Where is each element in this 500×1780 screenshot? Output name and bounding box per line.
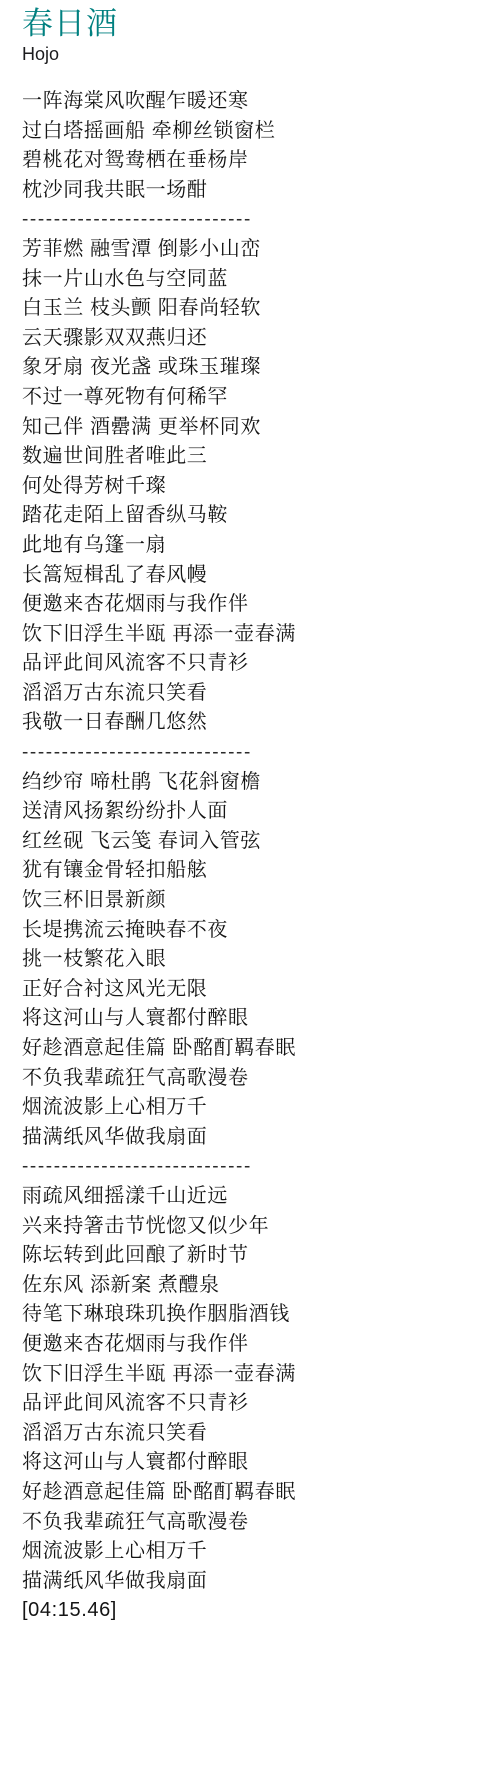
lyric-line: 待笔下琳琅珠玑换作胭脂酒钱 [22,1300,480,1330]
lyric-line: 好趁酒意起佳篇 卧酩酊羁春眠 [22,1478,480,1508]
lyric-line: 佐东风 添新案 煮醴泉 [22,1271,480,1301]
lyric-line: 挑一枝繁花入眼 [22,945,480,975]
lyric-line: 烟流波影上心相万千 [22,1093,480,1123]
lyric-line: 碧桃花对鸳鸯栖在垂杨岸 [22,146,480,176]
lyric-line: 一阵海棠风吹醒乍暖还寒 [22,87,480,117]
lyric-line: 雨疏风细摇漾千山近远 [22,1182,480,1212]
stanza-separator: ----------------------------- [22,1152,480,1182]
lyric-line: 芳菲燃 融雪潭 倒影小山峦 [22,235,480,265]
lyrics-body: 一阵海棠风吹醒乍暖还寒过白塔摇画船 牵柳丝锁窗栏碧桃花对鸳鸯栖在垂杨岸枕沙同我共… [22,87,480,1626]
lyric-line: 长篙短楫乱了春风幔 [22,561,480,591]
lyric-line: 此地有乌篷一扇 [22,531,480,561]
lyric-line: 不负我辈疏狂气高歌漫卷 [22,1508,480,1538]
lyric-line: 何处得芳树千璨 [22,472,480,502]
lyric-line: 不过一尊死物有何稀罕 [22,383,480,413]
lyric-line: 便邀来杏花烟雨与我作伴 [22,1330,480,1360]
lyric-line: 枕沙同我共眠一场酣 [22,176,480,206]
artist-name: Hojo [22,43,480,66]
lyric-line: 描满纸风华做我扇面 [22,1123,480,1153]
stanza-separator: ----------------------------- [22,205,480,235]
lyric-line: 犹有镶金骨轻扣船舷 [22,856,480,886]
lyric-line: 将这河山与人寰都付醉眼 [22,1004,480,1034]
lyric-line: 饮下旧浮生半瓯 再添一壶春满 [22,620,480,650]
lyric-line: 长堤携流云掩映春不夜 [22,916,480,946]
lyric-line: 陈坛转到此回酿了新时节 [22,1241,480,1271]
lyric-line: 象牙扇 夜光盏 或珠玉璀璨 [22,353,480,383]
lyric-line: 云天骤影双双燕归还 [22,324,480,354]
song-title: 春日酒 [22,5,480,43]
lyric-line: 正好合衬这风光无限 [22,975,480,1005]
lyric-line: 好趁酒意起佳篇 卧酩酊羁春眠 [22,1034,480,1064]
timestamp: [04:15.46] [22,1596,480,1626]
lyric-line: 饮三杯旧景新颜 [22,886,480,916]
lyric-line: 品评此间风流客不只青衫 [22,649,480,679]
lyric-line: 滔滔万古东流只笑看 [22,1419,480,1449]
lyric-line: 白玉兰 枝头颤 阳春尚轻软 [22,294,480,324]
lyric-line: 抹一片山水色与空同蓝 [22,265,480,295]
lyric-line: 品评此间风流客不只青衫 [22,1389,480,1419]
lyric-line: 描满纸风华做我扇面 [22,1567,480,1597]
lyric-line: 送清风扬絮纷纷扑人面 [22,797,480,827]
lyric-line: 饮下旧浮生半瓯 再添一壶春满 [22,1360,480,1390]
lyric-line: 数遍世间胜者唯此三 [22,442,480,472]
lyric-line: 踏花走陌上留香纵马鞍 [22,501,480,531]
stanza-separator: ----------------------------- [22,738,480,768]
lyric-line: 绉纱帘 啼杜鹃 飞花斜窗檐 [22,768,480,798]
lyric-line: 便邀来杏花烟雨与我作伴 [22,590,480,620]
lyric-line: 将这河山与人寰都付醉眼 [22,1448,480,1478]
lyric-line: 滔滔万古东流只笑看 [22,679,480,709]
lyrics-page: 春日酒 Hojo 一阵海棠风吹醒乍暖还寒过白塔摇画船 牵柳丝锁窗栏碧桃花对鸳鸯栖… [0,0,500,1626]
lyric-line: 红丝砚 飞云笺 春词入管弦 [22,827,480,857]
lyric-line: 过白塔摇画船 牵柳丝锁窗栏 [22,117,480,147]
lyric-line: 兴来持箸击节恍惚又似少年 [22,1212,480,1242]
lyric-line: 烟流波影上心相万千 [22,1537,480,1567]
lyric-line: 我敬一日春酬几悠然 [22,708,480,738]
lyric-line: 不负我辈疏狂气高歌漫卷 [22,1064,480,1094]
lyric-line: 知己伴 酒罍满 更举杯同欢 [22,413,480,443]
